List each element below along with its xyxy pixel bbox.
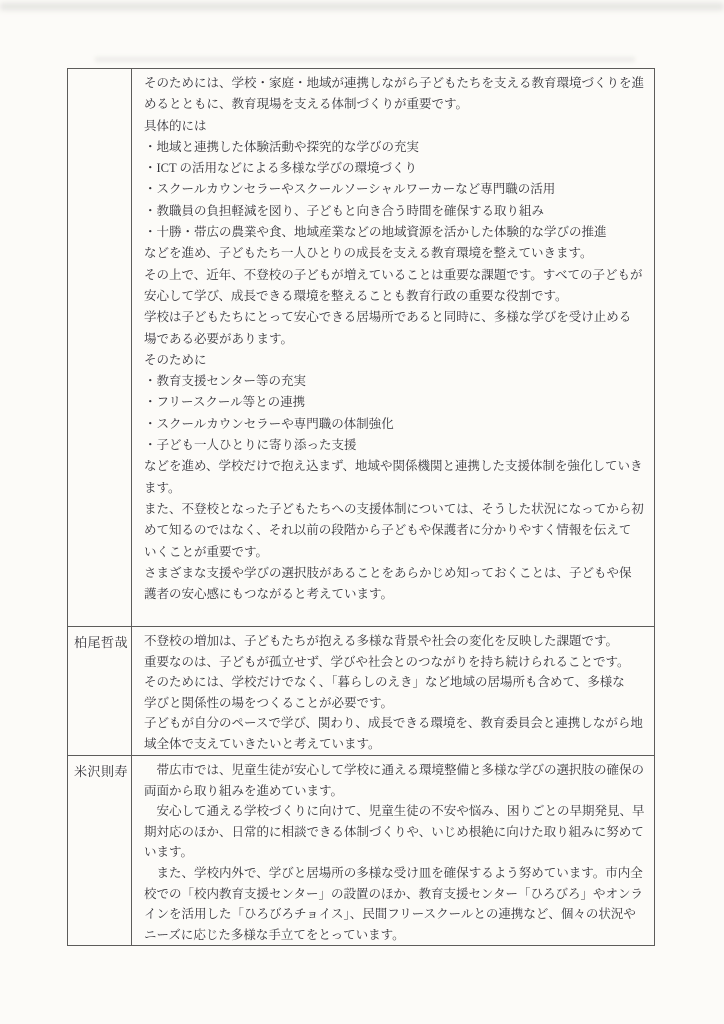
table-row: 米沢則寿 帯広市では、児童生徒が安心して学校に通える環境整備と多様な学びの選択肢… xyxy=(68,756,654,945)
answer-line: ニーズに応じた多様な手立てをとっています。 xyxy=(144,925,646,945)
answer-line: 学校は子どもたちにとって安心できる居場所であると同時に、多様な学びを受け止める xyxy=(144,307,646,328)
table-row: 柏尾哲哉不登校の増加は、子どもたちが抱える多様な背景や社会の変化を反映した課題で… xyxy=(68,627,654,756)
answer-line: 不登校の増加は、子どもたちが抱える多様な背景や社会の変化を反映した課題です。 xyxy=(144,631,646,652)
answer-line: ・ICT の活用などによる多様な学びの環境づくり xyxy=(144,158,646,179)
answer-line: ます。 xyxy=(144,478,646,499)
answer-line: また、不登校となった子どもたちへの支援体制については、そうした状況になってから初 xyxy=(144,499,646,520)
answer-line: また、学校内外で、学びと居場所の多様な受け皿を確保するよう努めています。市内全 xyxy=(144,863,646,884)
answer-line: 両面から取り組みを進めています。 xyxy=(144,781,646,802)
answer-line: ・子ども一人ひとりに寄り添った支援 xyxy=(144,435,646,456)
answer-line: ・スクールカウンセラーや専門職の体制強化 xyxy=(144,414,646,435)
answer-line: ・教職員の負担軽減を図り、子どもと向き合う時間を確保する取り組み xyxy=(144,201,646,222)
answer-line: そのためには、学校・家庭・地域が連携しながら子どもたちを支える教育環境づくりを進 xyxy=(144,73,646,94)
answer-line: 場である必要があります。 xyxy=(144,329,646,350)
respondent-name-cell: 柏尾哲哉 xyxy=(68,627,132,755)
answer-line: います。 xyxy=(144,842,646,863)
table-row: そのためには、学校・家庭・地域が連携しながら子どもたちを支える教育環境づくりを進… xyxy=(68,69,654,627)
scan-artifact-top xyxy=(0,3,724,10)
answer-line: などを進め、子どもたち一人ひとりの成長を支える教育環境を整えていきます。 xyxy=(144,243,646,264)
answer-line: 安心して学び、成長できる環境を整えることも教育行政の重要な役割です。 xyxy=(144,286,646,307)
interview-answer-table: そのためには、学校・家庭・地域が連携しながら子どもたちを支える教育環境づくりを進… xyxy=(67,68,655,946)
answer-line: その上で、近年、不登校の子どもが増えていることは重要な課題です。すべての子どもが xyxy=(144,265,646,286)
answer-line: 学びと関係性の場をつくることが必要です。 xyxy=(144,693,646,714)
answer-line: 期対応のほか、日常的に相談できる体制づくりや、いじめ根絶に向けた取り組みに努めて xyxy=(144,822,646,843)
answer-line: などを進め、学校だけで抱え込まず、地域や関係機関と連携した支援体制を強化していき xyxy=(144,456,646,477)
answer-line: そのために xyxy=(144,350,646,371)
answer-line: いくことが重要です。 xyxy=(144,542,646,563)
answer-line: めるとともに、教育現場を支える体制づくりが重要です。 xyxy=(144,94,646,115)
respondent-name-cell: 米沢則寿 xyxy=(68,756,132,945)
scanned-page: そのためには、学校・家庭・地域が連携しながら子どもたちを支える教育環境づくりを進… xyxy=(0,0,724,1024)
answer-line: めて知るのではなく、それ以前の段階から子どもや保護者に分かりやすく情報を伝えて xyxy=(144,520,646,541)
answer-cell: そのためには、学校・家庭・地域が連携しながら子どもたちを支える教育環境づくりを進… xyxy=(132,69,654,626)
answer-cell: 不登校の増加は、子どもたちが抱える多様な背景や社会の変化を反映した課題です。重要… xyxy=(132,627,654,755)
respondent-name-cell xyxy=(68,69,132,626)
answer-line: 校での「校内教育支援センター」の設置のほか、教育支援センター「ひろびろ」やオンラ xyxy=(144,884,646,905)
answer-line: ・十勝・帯広の農業や食、地域産業などの地域資源を活かした体験的な学びの推進 xyxy=(144,222,646,243)
answer-line: ・教育支援センター等の充実 xyxy=(144,371,646,392)
answer-line: さまざまな支援や学びの選択肢があることをあらかじめ知っておくことは、子どもや保 xyxy=(144,563,646,584)
answer-line: 安心して通える学校づくりに向けて、児童生徒の不安や悩み、困りごとの早期発見、早 xyxy=(144,801,646,822)
answer-line: ・フリースクール等との連携 xyxy=(144,392,646,413)
answer-line: ・スクールカウンセラーやスクールソーシャルワーカーなど専門職の活用 xyxy=(144,179,646,200)
scan-artifact-above-table xyxy=(95,57,635,62)
answer-line: 域全体で支えていきたいと考えています。 xyxy=(144,734,646,755)
answer-line: 帯広市では、児童生徒が安心して学校に通える環境整備と多様な学びの選択肢の確保の xyxy=(144,760,646,781)
answer-line: 子どもが自分のペースで学び、関わり、成長できる環境を、教育委員会と連携しながら地 xyxy=(144,713,646,734)
answer-cell: 帯広市では、児童生徒が安心して学校に通える環境整備と多様な学びの選択肢の確保の両… xyxy=(132,756,654,945)
answer-line: 護者の安心感にもつながると考えています。 xyxy=(144,584,646,605)
answer-line: ・地域と連携した体験活動や探究的な学びの充実 xyxy=(144,137,646,158)
answer-line: 具体的には xyxy=(144,116,646,137)
answer-line: 重要なのは、子どもが孤立せず、学びや社会とのつながりを持ち続けられることです。 xyxy=(144,652,646,673)
answer-line: そのためには、学校だけでなく、「暮らしのえき」など地域の居場所も含めて、多様な xyxy=(144,672,646,693)
answer-line: インを活用した「ひろびろチョイス」、民間フリースクールとの連携など、個々の状況や xyxy=(144,904,646,925)
